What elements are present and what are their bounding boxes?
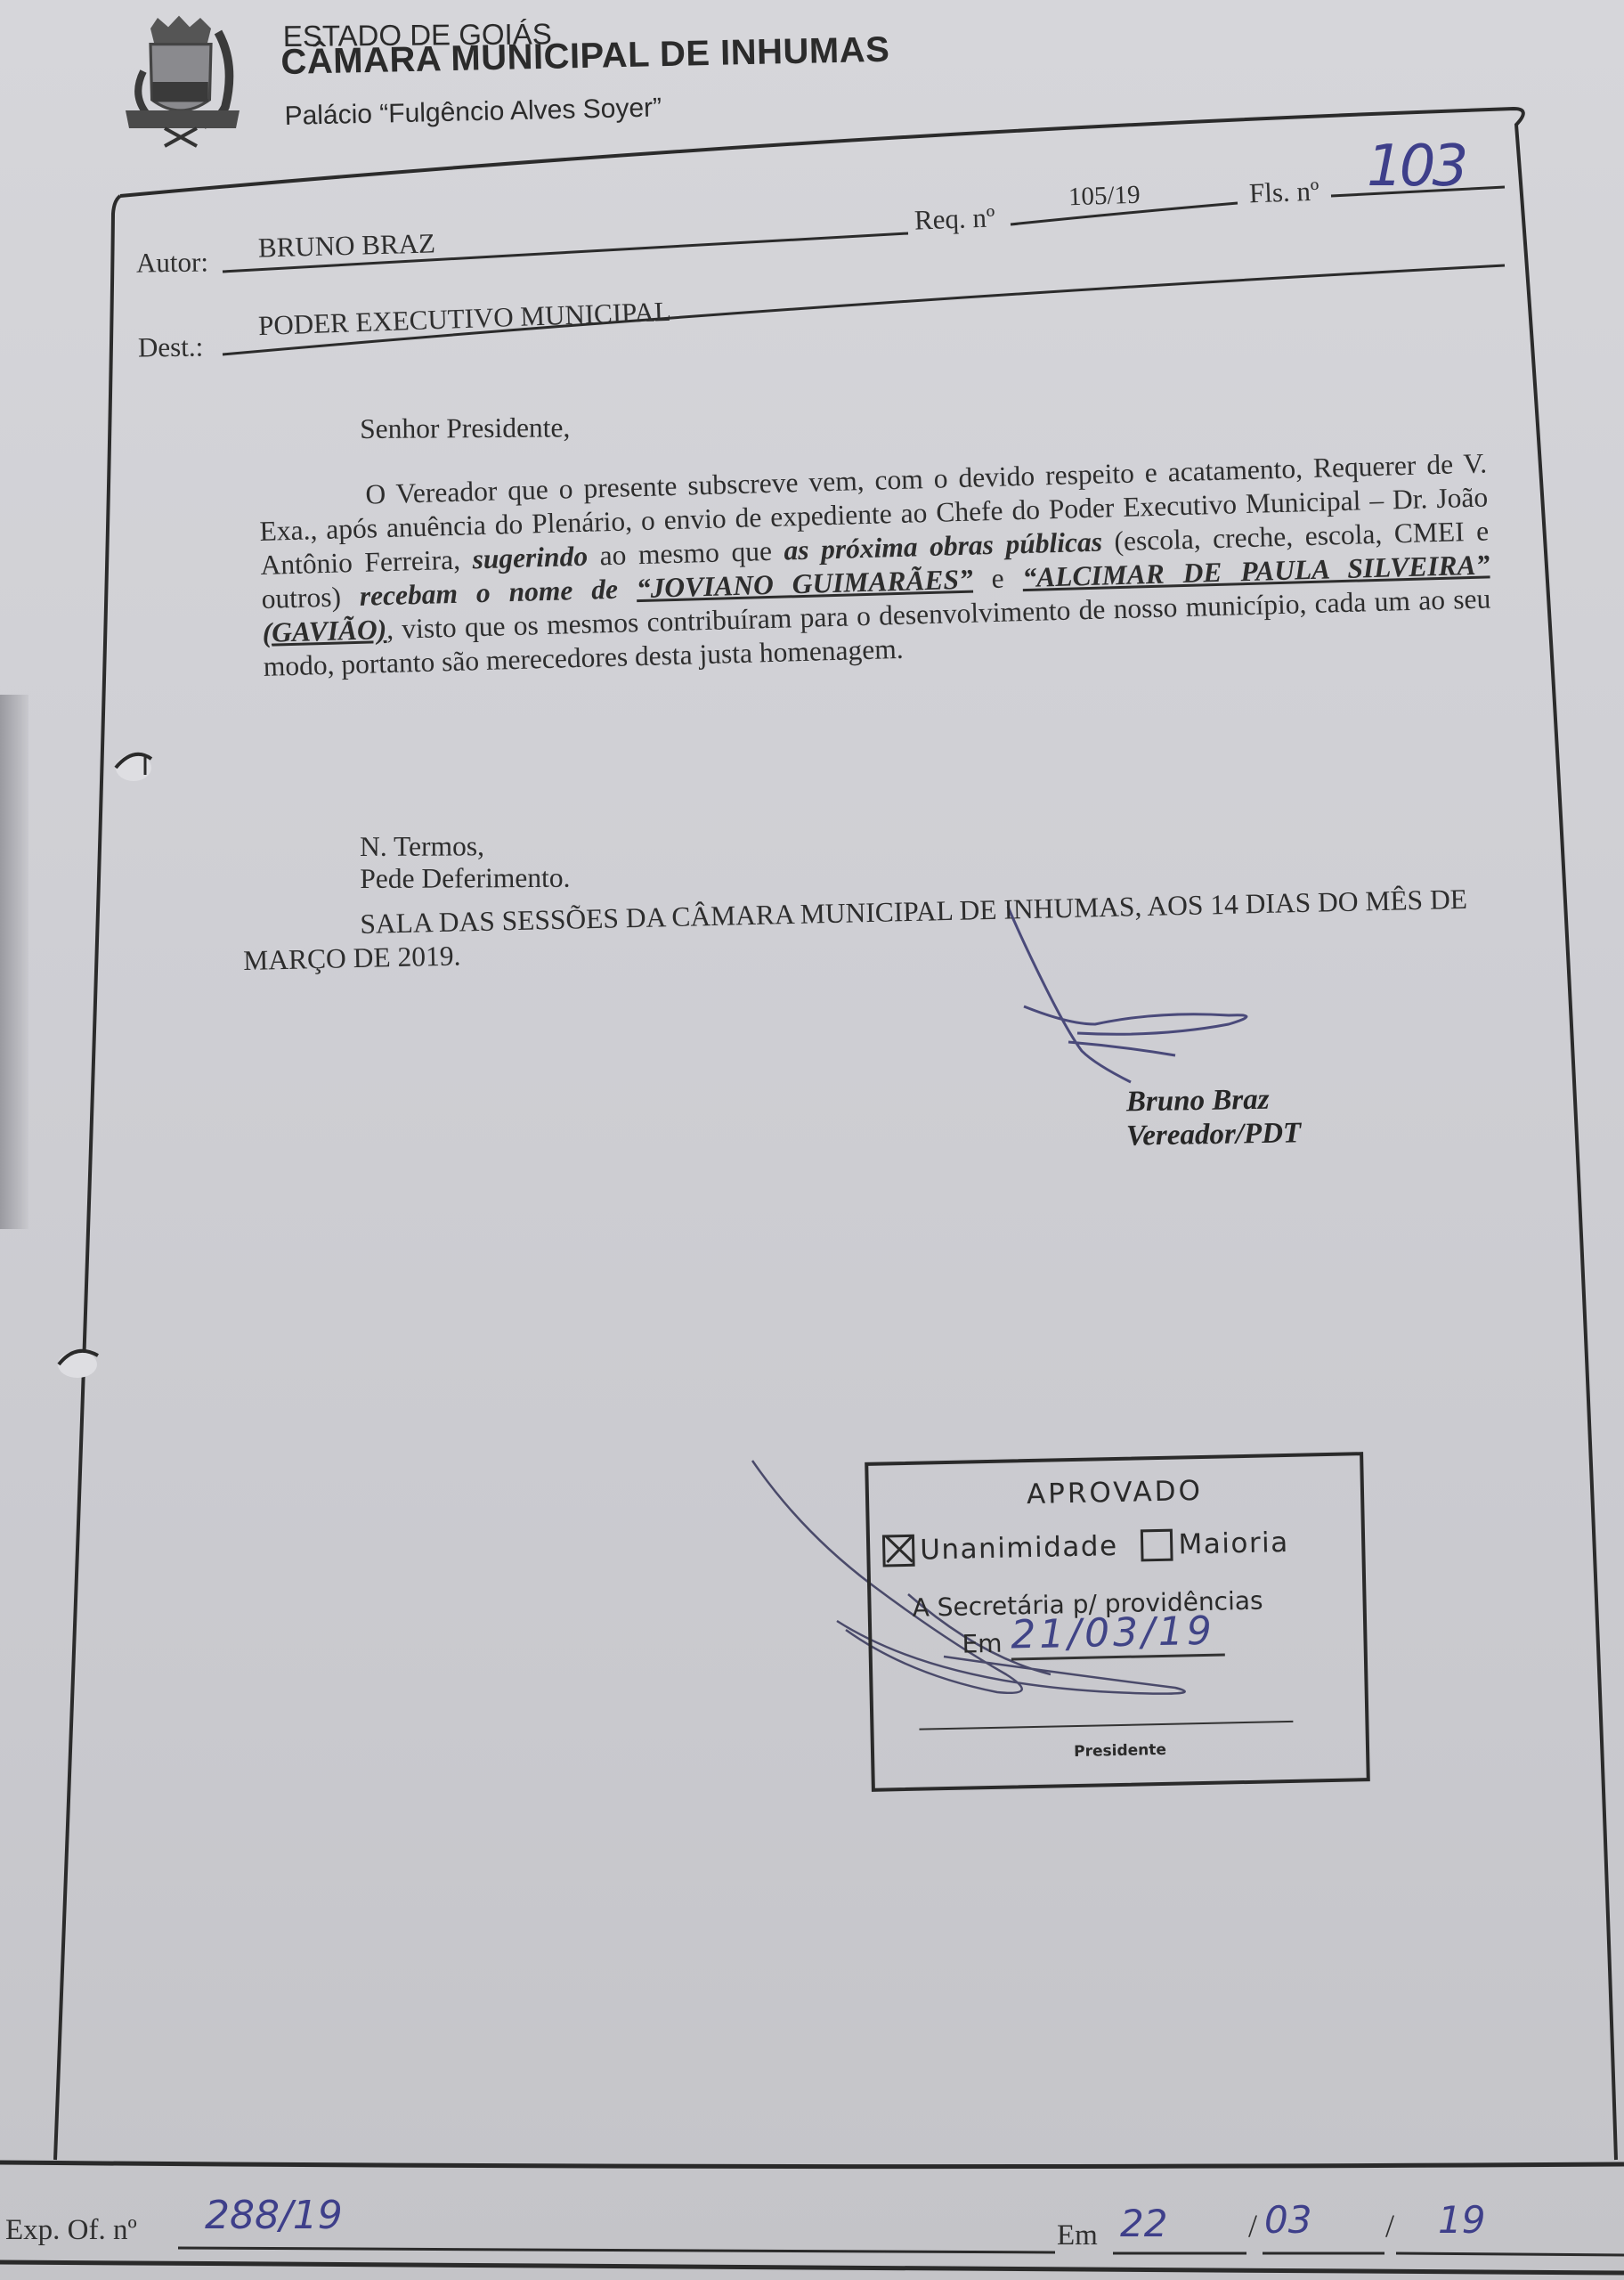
author-label: Autor: [136,246,208,279]
stamp-date-label: Em [962,1629,1003,1659]
unanimity-checkbox[interactable] [882,1535,915,1567]
destination-value: PODER EXECUTIVO MUNICIPAL [258,296,672,342]
sheet-number-value: 103 [1367,134,1465,199]
sheet-number-label: Fls. nº [1248,175,1319,210]
closing-line-2: Pede Deferimento. [360,862,570,895]
dispatch-label: Exp. Of. nº [5,2214,137,2247]
document-frame [0,0,1624,2280]
approval-stamp: APROVADO Unanimidade Maioria A Secretári… [865,1452,1370,1792]
punch-hole [116,754,151,781]
unanimity-label: Unanimidade [920,1530,1118,1567]
salutation: Senhor Presidente, [360,411,570,446]
footer-date-day: 22 [1120,2202,1167,2245]
author-value: BRUNO BRAZ [258,227,436,264]
date-separator: / [1385,2207,1394,2244]
footer-date-year: 19 [1438,2198,1485,2242]
request-number-label: Req. nº [913,201,995,236]
signer-role: Vereador/PDT [1126,1117,1302,1152]
stamp-date-value: 21/03/19 [1011,1608,1225,1660]
signer-name: Bruno Braz [1126,1084,1270,1120]
request-paragraph: O Vereador que o presente subscreve vem,… [258,446,1492,683]
footer-date-label: Em [1057,2219,1098,2252]
palace-name: Palácio “Fulgêncio Alves Soyer” [284,93,662,132]
destination-label: Dest.: [138,330,204,363]
coat-of-arms-icon [111,2,254,162]
page-shadow [0,695,28,1229]
date-separator: / [1248,2207,1257,2244]
dispatch-number: 288/19 [205,2193,343,2238]
session-statement: SALA DAS SESSÕES DA CÂMARA MUNICIPAL DE … [242,882,1507,978]
closing: N. Termos, Pede Deferimento. [360,830,571,895]
request-number-value: 105/19 [1068,181,1141,213]
majority-label: Maioria [1178,1527,1289,1561]
closing-line-1: N. Termos, [360,830,570,863]
footer-date-month: 03 [1264,2198,1311,2242]
majority-checkbox[interactable] [1141,1529,1173,1562]
